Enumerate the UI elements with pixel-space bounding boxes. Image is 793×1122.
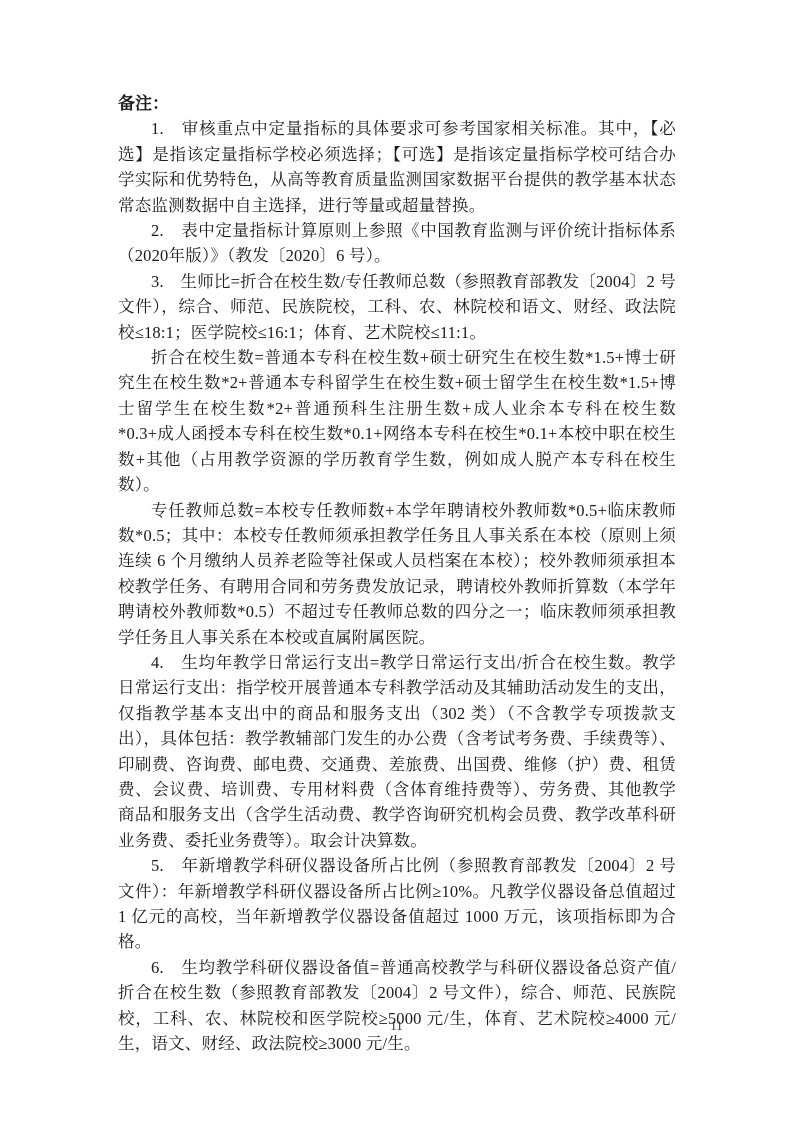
notes-section: 备注： 1. 审核重点中定量指标的具体要求可参考国家相关标准。其中，【必选】是指…	[118, 91, 676, 1056]
note-paragraph-4: 4. 生均年教学日常运行支出=教学日常运行支出/折合在校生数。教学日常运行支出：…	[118, 650, 676, 853]
note-paragraph-3: 3. 生师比=折合在校生数/专任教师总数（参照教育部教发〔2004〕2 号文件）…	[118, 269, 676, 345]
page-number: 11	[0, 1017, 793, 1035]
note-paragraph-5: 5. 年新增教学科研仪器设备所占比例（参照教育部教发〔2004〕2 号文件）：年…	[118, 853, 676, 955]
note-paragraph-3a-converted-enrollment: 折合在校生数=普通本专科在校生数+硕士研究生在校生数*1.5+博士研究生在校生数…	[118, 345, 676, 497]
notes-heading: 备注：	[118, 91, 676, 116]
note-paragraph-3b-fulltime-teachers: 专任教师总数=本校专任教师数+本学年聘请校外教师数*0.5+临床教师数*0.5；…	[118, 498, 676, 650]
document-page: 备注： 1. 审核重点中定量指标的具体要求可参考国家相关标准。其中，【必选】是指…	[0, 0, 793, 1122]
note-paragraph-2: 2. 表中定量指标计算原则上参照《中国教育监测与评价统计指标体系（2020年版）…	[118, 218, 676, 269]
note-paragraph-6: 6. 生均教学科研仪器设备值=普通高校教学与科研仪器设备总资产值/折合在校生数（…	[118, 955, 676, 1057]
note-paragraph-1: 1. 审核重点中定量指标的具体要求可参考国家相关标准。其中，【必选】是指该定量指…	[118, 116, 676, 218]
